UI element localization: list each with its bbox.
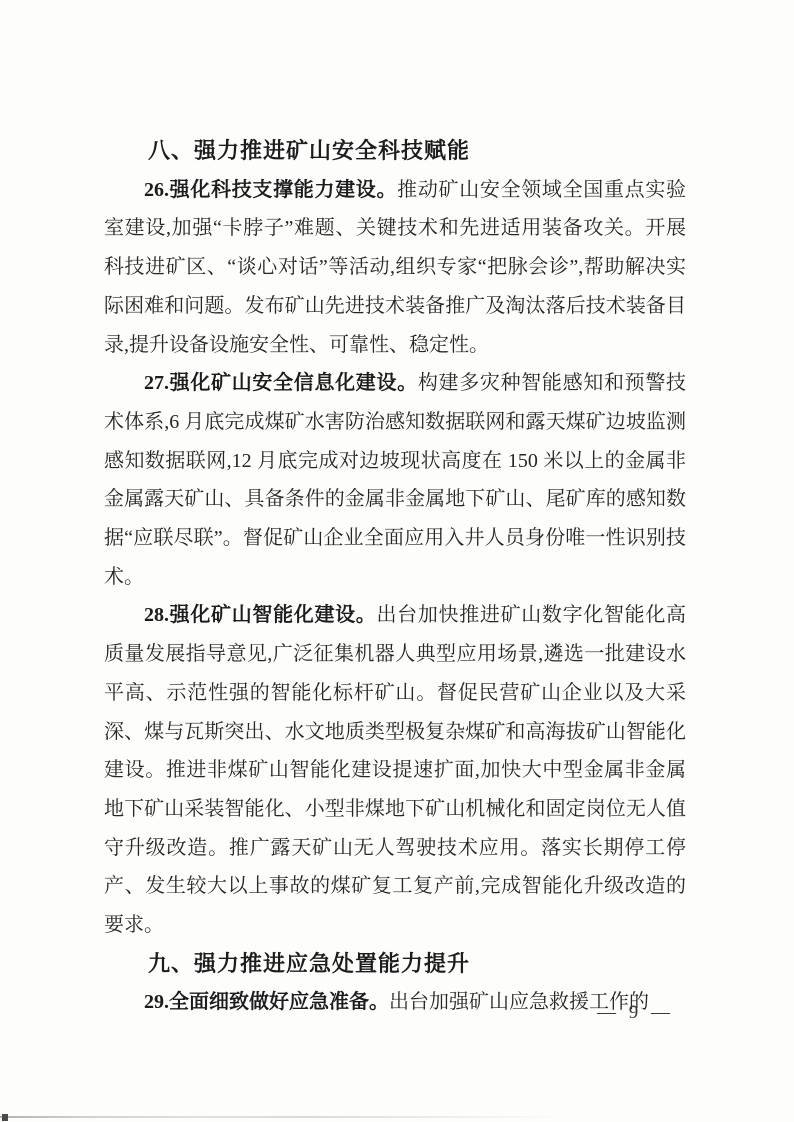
page-number: — 9 — — [597, 1002, 674, 1024]
document-page: 八、强力推进矿山安全科技赋能 26.强化科技支撑能力建设。推动矿山安全领域全国重… — [0, 0, 794, 1122]
document-content: 八、强力推进矿山安全科技赋能 26.强化科技支撑能力建设。推动矿山安全领域全国重… — [104, 132, 686, 1022]
scan-artifact-line — [0, 1116, 565, 1118]
paragraph-28-body: 出台加快推进矿山数字化智能化高质量发展指导意见,广泛征集机器人典型应用场景,遴选… — [104, 604, 686, 936]
paragraph-26-lead: 26.强化科技支撑能力建设。 — [144, 179, 397, 201]
paragraph-26-body: 推动矿山安全领域全国重点实验室建设,加强“卡脖子”难题、关键技术和先进适用装备攻… — [104, 179, 686, 356]
paragraph-29-lead: 29.全面细致做好应急准备。 — [144, 991, 389, 1013]
paragraph-27-lead: 27.强化矿山安全信息化建设。 — [144, 372, 418, 394]
page-number-text: — 9 — — [597, 1002, 674, 1023]
paragraph-28-lead: 28.强化矿山智能化建设。 — [144, 604, 376, 626]
paragraph-27-body: 构建多灾种智能感知和预警技术体系,6 月底完成煤矿水害防治感知数据联网和露天煤矿… — [104, 372, 686, 588]
paragraph-27: 27.强化矿山安全信息化建设。构建多灾种智能感知和预警技术体系,6 月底完成煤矿… — [104, 364, 686, 596]
paragraph-26: 26.强化科技支撑能力建设。推动矿山安全领域全国重点实验室建设,加强“卡脖子”难… — [104, 171, 686, 365]
section-heading-8: 八、强力推进矿山安全科技赋能 — [104, 132, 686, 171]
scan-artifact-dot — [2, 1114, 8, 1121]
section-heading-9: 九、强力推进应急处置能力提升 — [104, 945, 686, 984]
paragraph-28: 28.强化矿山智能化建设。出台加快推进矿山数字化智能化高质量发展指导意见,广泛征… — [104, 596, 686, 944]
